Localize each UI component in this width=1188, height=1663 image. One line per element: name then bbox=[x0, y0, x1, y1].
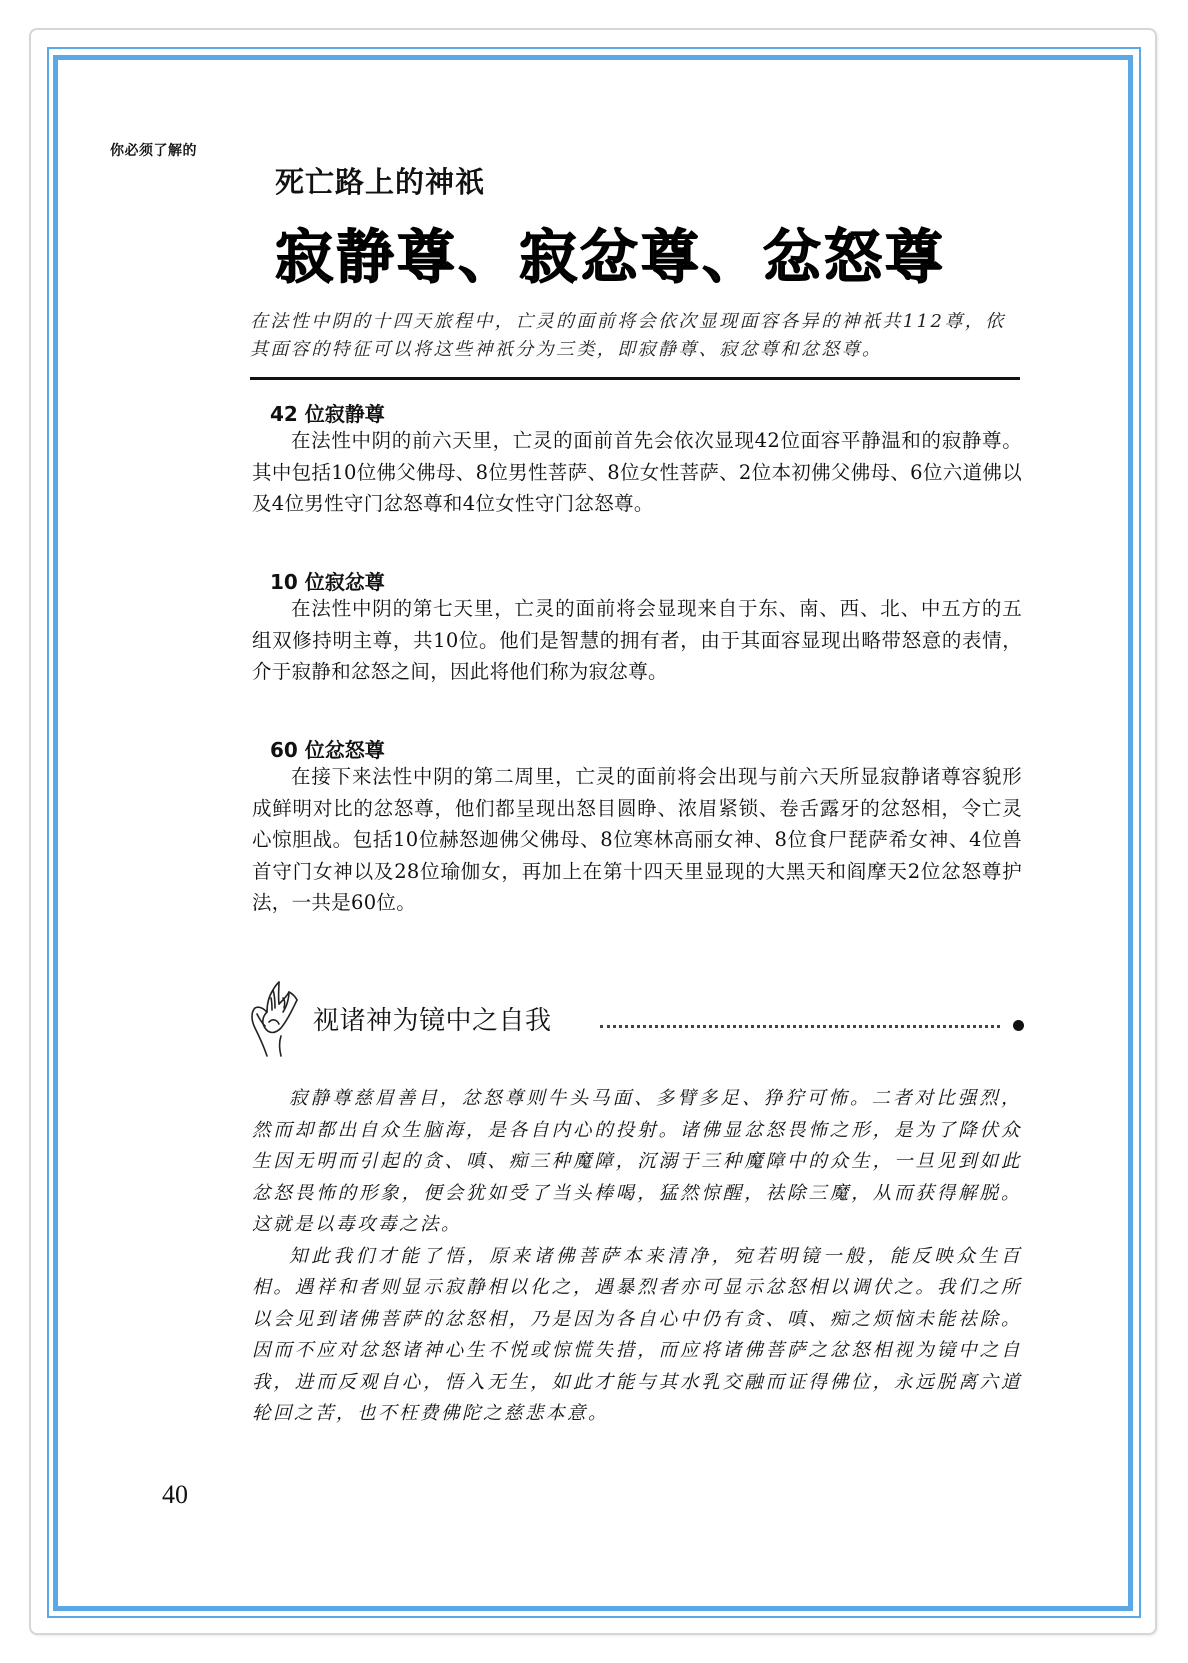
essay-paragraph: 知此我们才能了悟，原来诸佛菩萨本来清净，宛若明镜一般，能反映众生百相。遇祥和者则… bbox=[252, 1241, 1022, 1430]
section-heading-semi-wrathful: 10 位寂忿尊 bbox=[270, 566, 385, 595]
section-body-wrathful: 在接下来法性中阴的第二周里，亡灵的面前将会出现与前六天所显寂静诸尊容貌形成鲜明对… bbox=[252, 761, 1022, 919]
hand-mudra-icon bbox=[245, 978, 309, 1058]
section-paragraph: 在法性中阴的前六天里，亡灵的面前首先会依次显现42位面容平静温和的寂静尊。其中包… bbox=[252, 425, 1022, 520]
intro-paragraph: 在法性中阴的十四天旅程中，亡灵的面前将会依次显现面容各异的神祇共112尊，依其面… bbox=[250, 308, 1020, 364]
sidebar-box-title: 视诸神为镜中之自我 bbox=[313, 1000, 552, 1037]
dotted-leader-line bbox=[600, 1025, 1000, 1028]
page-number: 40 bbox=[162, 1480, 188, 1510]
section-heading-peaceful: 42 位寂静尊 bbox=[270, 398, 385, 427]
section-body-semi-wrathful: 在法性中阴的第七天里，亡灵的面前将会显现来自于东、南、西、北、中五方的五组双修持… bbox=[252, 593, 1022, 688]
section-paragraph: 在法性中阴的第七天里，亡灵的面前将会显现来自于东、南、西、北、中五方的五组双修持… bbox=[252, 593, 1022, 688]
intro-divider bbox=[250, 377, 1020, 380]
running-header: 你必须了解的 bbox=[110, 140, 197, 160]
section-heading-wrathful: 60 位忿怒尊 bbox=[270, 734, 385, 763]
page-title: 寂静尊、寂忿尊、忿怒尊 bbox=[275, 210, 946, 294]
sidebar-box-body: 寂静尊慈眉善目，忿怒尊则牛头马面、多臂多足、狰狞可怖。二者对比强烈，然而却都出自… bbox=[252, 1083, 1022, 1430]
sidebar-box-header: 视诸神为镜中之自我 bbox=[245, 978, 1035, 1058]
section-body-peaceful: 在法性中阴的前六天里，亡灵的面前首先会依次显现42位面容平静温和的寂静尊。其中包… bbox=[252, 425, 1022, 520]
bullet-dot-icon bbox=[1013, 1020, 1024, 1031]
essay-paragraph: 寂静尊慈眉善目，忿怒尊则牛头马面、多臂多足、狰狞可怖。二者对比强烈，然而却都出自… bbox=[252, 1083, 1022, 1241]
page-subtitle: 死亡路上的神祇 bbox=[275, 160, 485, 201]
section-paragraph: 在接下来法性中阴的第二周里，亡灵的面前将会出现与前六天所显寂静诸尊容貌形成鲜明对… bbox=[252, 761, 1022, 919]
